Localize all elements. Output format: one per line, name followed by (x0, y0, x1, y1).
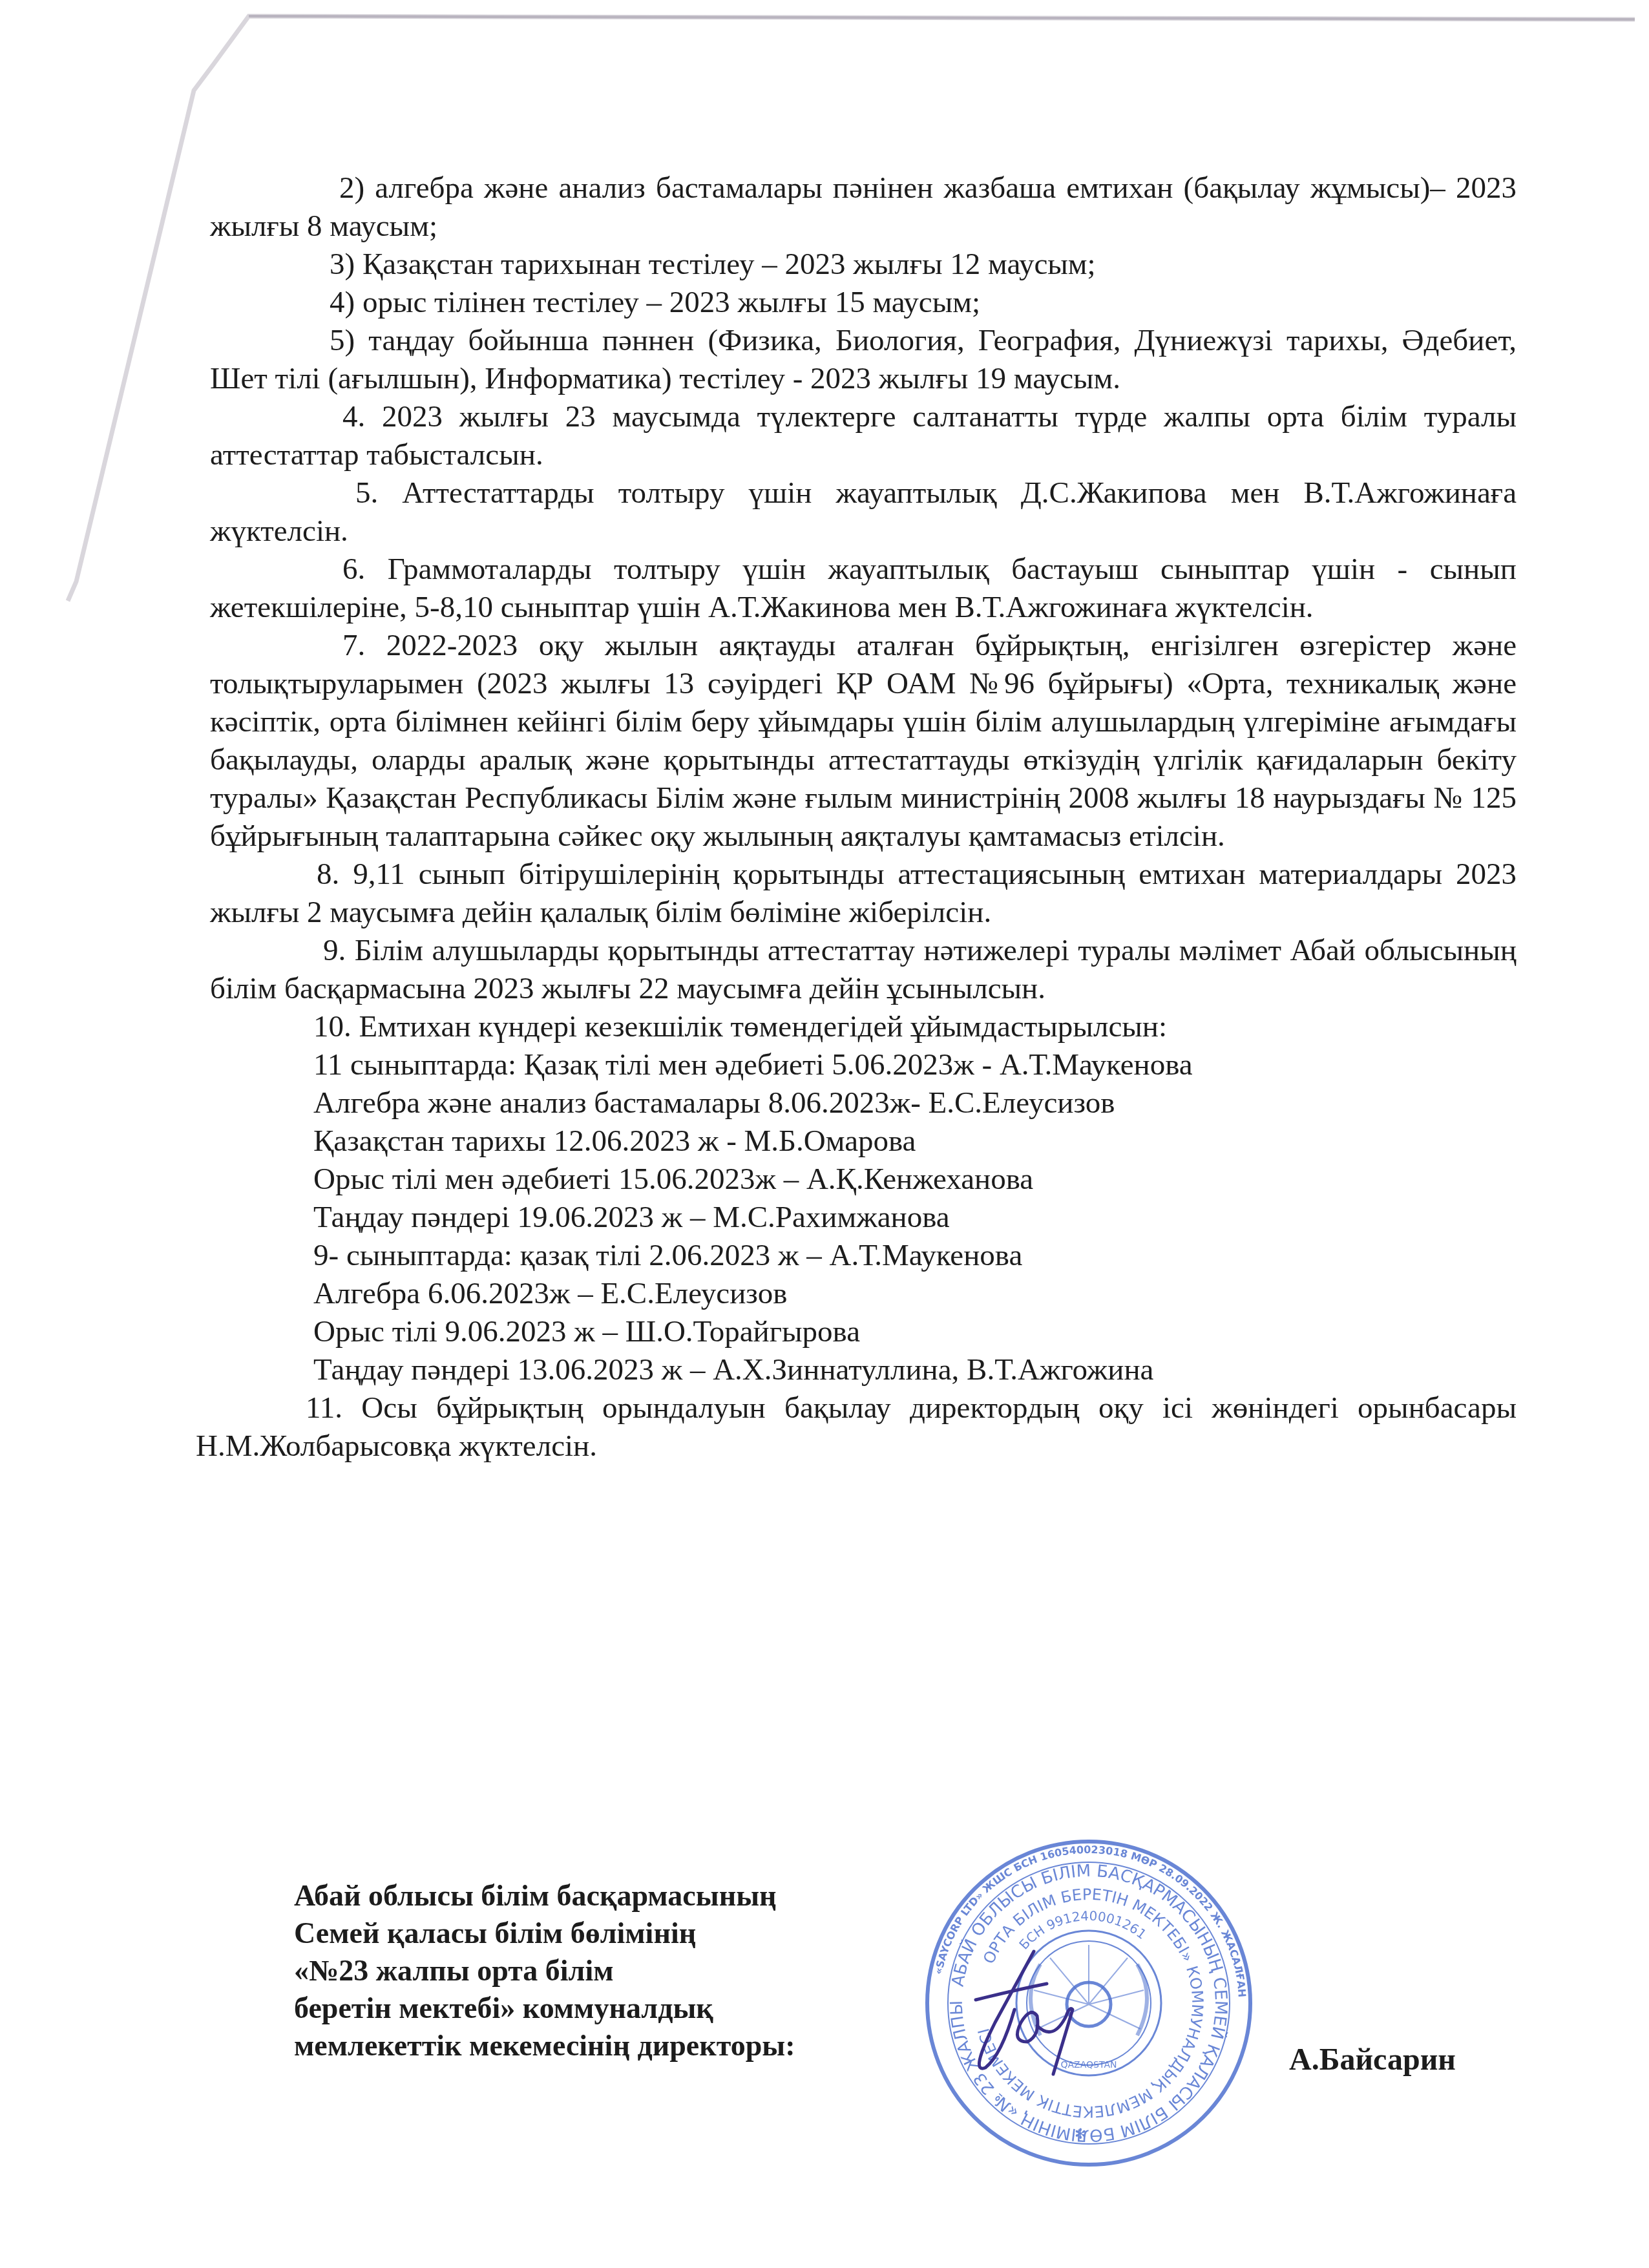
paragraph-6: 6. Граммоталарды толтыру үшін жауаптылық… (210, 551, 1517, 627)
schedule-row: Таңдау пәндері 19.06.2023 ж – М.С.Рахимж… (210, 1199, 1517, 1237)
paragraph-5: 5. Аттестаттарды толтыру үшін жауаптылық… (210, 474, 1517, 551)
section3-item-2: 2) алгебра және анализ бастамалары пәнін… (210, 169, 1517, 246)
signature-block: Абай облысы білім басқармасының Семей қа… (294, 1877, 795, 2064)
signature-line: «№23 жалпы орта білім (294, 1952, 795, 1990)
schedule-row: Таңдау пәндері 13.06.2023 ж – А.Х.Зиннат… (210, 1351, 1517, 1389)
signature-line: Абай облысы білім басқармасының (294, 1877, 795, 1915)
document-body: 2) алгебра және анализ бастамалары пәнін… (210, 169, 1517, 1465)
section3-item-5: 5) таңдау бойынша пәннен (Физика, Биолог… (210, 322, 1517, 398)
schedule-row: Алгебра 6.06.2023ж – Е.С.Елеусизов (210, 1275, 1517, 1313)
schedule-row: 9- сыныптарда: қазақ тілі 2.06.2023 ж – … (210, 1237, 1517, 1275)
paragraph-7: 7. 2022-2023 оқу жылын аяқтауды аталған … (210, 627, 1517, 856)
section3-item-4: 4) орыс тілінен тестілеу – 2023 жылғы 15… (210, 284, 1517, 322)
paragraph-10: 10. Емтихан күндері кезекшілік төмендегі… (210, 1008, 1517, 1046)
schedule-row: 11 сыныптарда: Қазақ тілі мен әдебиеті 5… (210, 1046, 1517, 1084)
signature-line: беретін мектебі» коммуналдық (294, 1990, 795, 2027)
svg-text:✻: ✻ (1075, 2126, 1086, 2143)
paragraph-8: 8. 9,11 сынып бітірушілерінің қорытынды … (210, 856, 1517, 932)
schedule-row: Қазақстан тарихы 12.06.2023 ж - М.Б.Омар… (210, 1122, 1517, 1160)
schedule-row: Орыс тілі 9.06.2023 ж – Ш.О.Торайгырова (210, 1313, 1517, 1351)
schedule-row: Орыс тілі мен әдебиеті 15.06.2023ж – А.Қ… (210, 1160, 1517, 1199)
schedule-row: Алгебра және анализ бастамалары 8.06.202… (210, 1084, 1517, 1122)
section3-item-3: 3) Қазақстан тарихынан тестілеу – 2023 ж… (210, 246, 1517, 284)
signature-line: мемлекеттік мекемесінің директоры: (294, 2027, 795, 2064)
duty-schedule: 11 сыныптарда: Қазақ тілі мен әдебиеті 5… (210, 1046, 1517, 1389)
paragraph-9: 9. Білім алушыларды қорытынды аттестатта… (210, 932, 1517, 1008)
director-name: А.Байсарин (1289, 2042, 1456, 2077)
paragraph-11: 11. Осы бұйрықтың орындалуын бақылау дир… (196, 1389, 1517, 1465)
paragraph-4: 4. 2023 жылғы 23 маусымда түлектерге сал… (210, 398, 1517, 474)
signature-line: Семей қаласы білім бөлімінің (294, 1915, 795, 1952)
handwritten-signature-icon (956, 1945, 1124, 2087)
